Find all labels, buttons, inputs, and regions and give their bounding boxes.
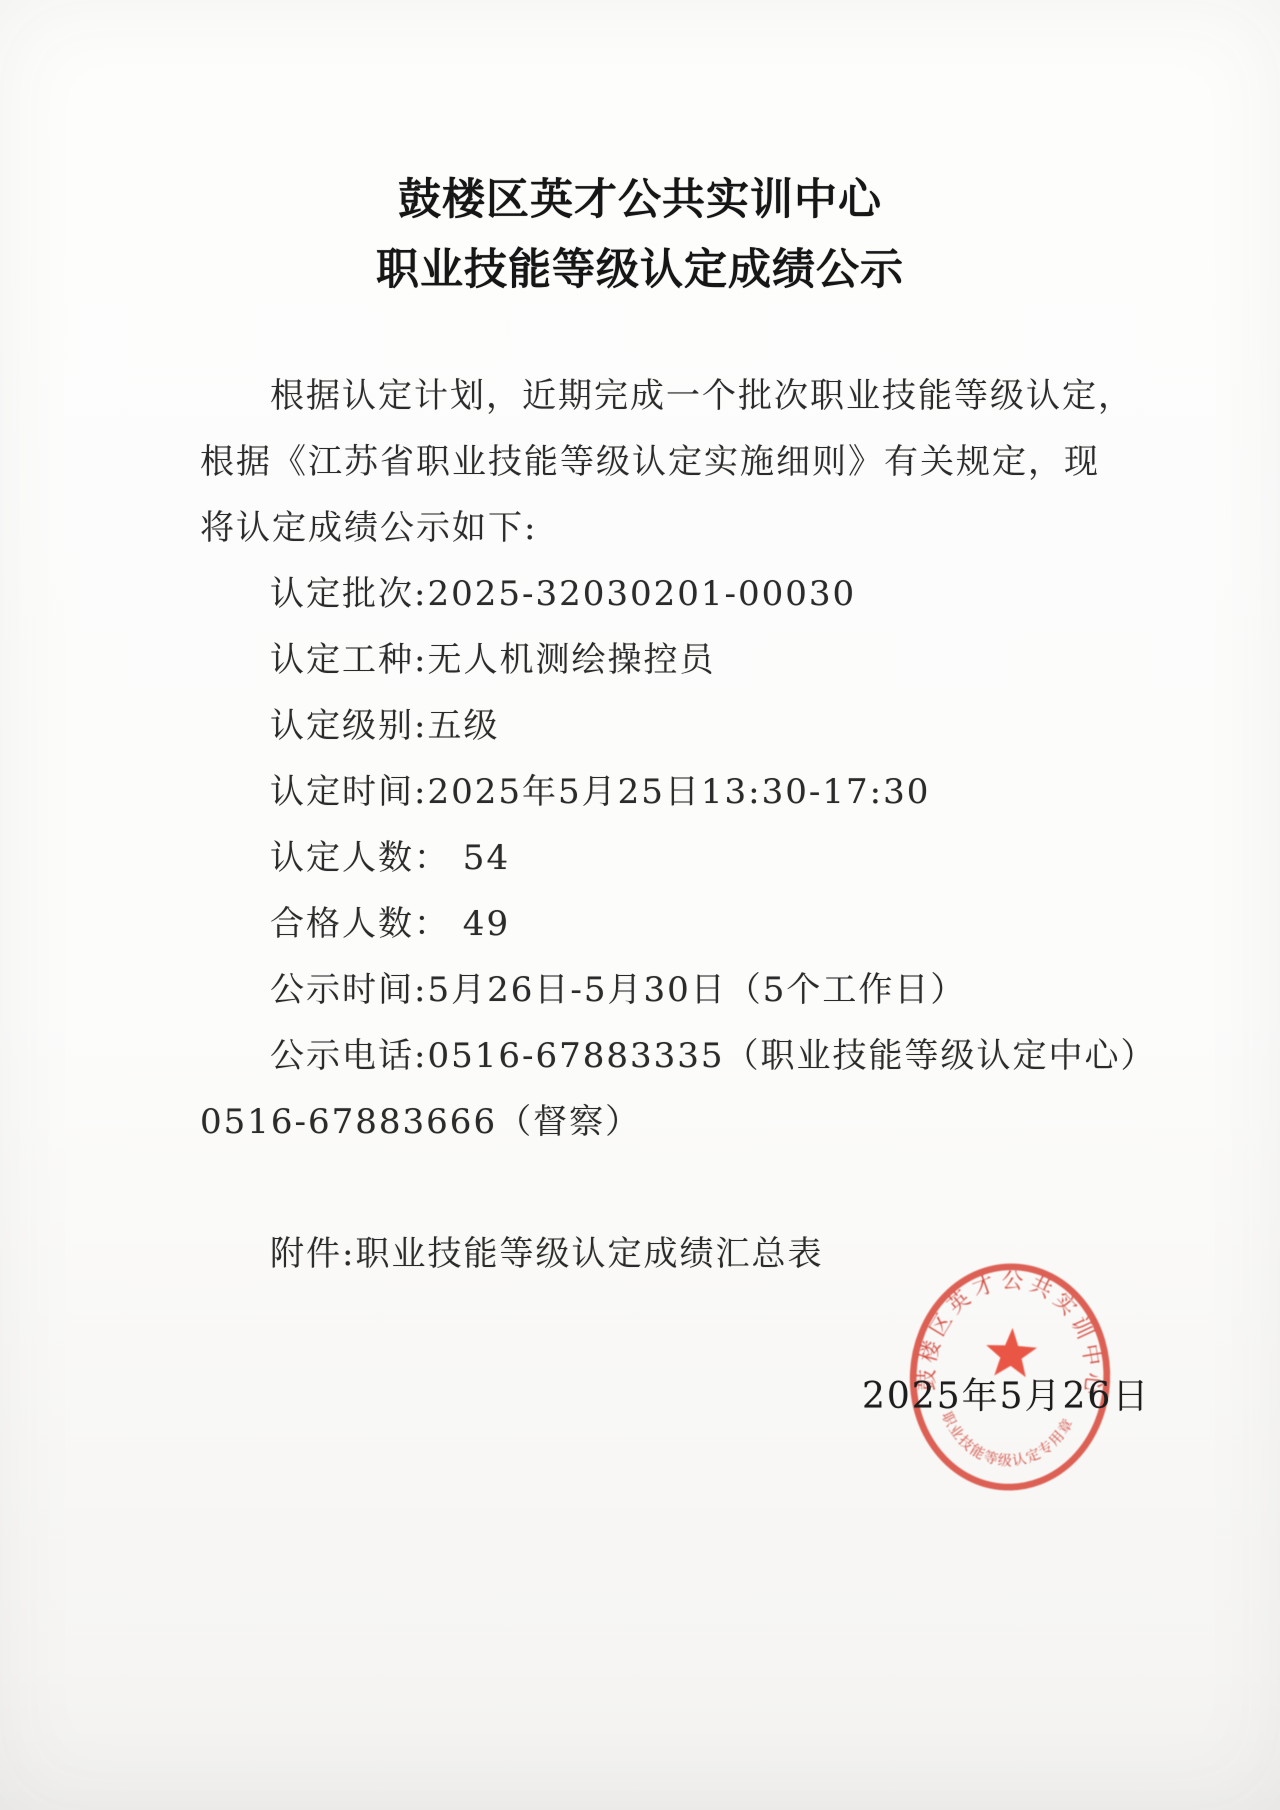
detail-phone-continuation: 0516-67883666（督察） [200, 1089, 1095, 1155]
detail-level: 认定级别:五级 [200, 693, 1095, 759]
document-title-line2: 职业技能等级认定成绩公示 [0, 235, 1280, 305]
document-title-line1: 鼓楼区英才公共实训中心 [0, 165, 1280, 235]
body-paragraph-line: 根据认定计划，近期完成一个批次职业技能等级认定， [200, 363, 1095, 429]
body-paragraph-line: 将认定成绩公示如下: [200, 495, 1095, 561]
document-title: 鼓楼区英才公共实训中心 职业技能等级认定成绩公示 [0, 165, 1280, 305]
detail-time: 认定时间:2025年5月25日13:30-17:30 [200, 759, 1095, 825]
detail-occupation: 认定工种:无人机测绘操控员 [200, 627, 1095, 693]
body-paragraph-line: 根据《江苏省职业技能等级认定实施细则》有关规定，现 [200, 429, 1095, 495]
detail-publicity-phone: 公示电话:0516-67883335（职业技能等级认定中心） [200, 1023, 1095, 1089]
detail-candidate-count: 认定人数： 54 [200, 825, 1095, 891]
detail-publicity-period: 公示时间:5月26日-5月30日（5个工作日） [200, 957, 1095, 1023]
document-body: 根据认定计划，近期完成一个批次职业技能等级认定， 根据《江苏省职业技能等级认定实… [200, 363, 1095, 1287]
detail-batch: 认定批次:2025-32030201-00030 [200, 561, 1095, 627]
notice-document: 鼓楼区英才公共实训中心 职业技能等级认定成绩公示 根据认定计划，近期完成一个批次… [0, 0, 1280, 1810]
issue-date: 2025年5月26日 [862, 1368, 1150, 1419]
detail-pass-count: 合格人数： 49 [200, 891, 1095, 957]
